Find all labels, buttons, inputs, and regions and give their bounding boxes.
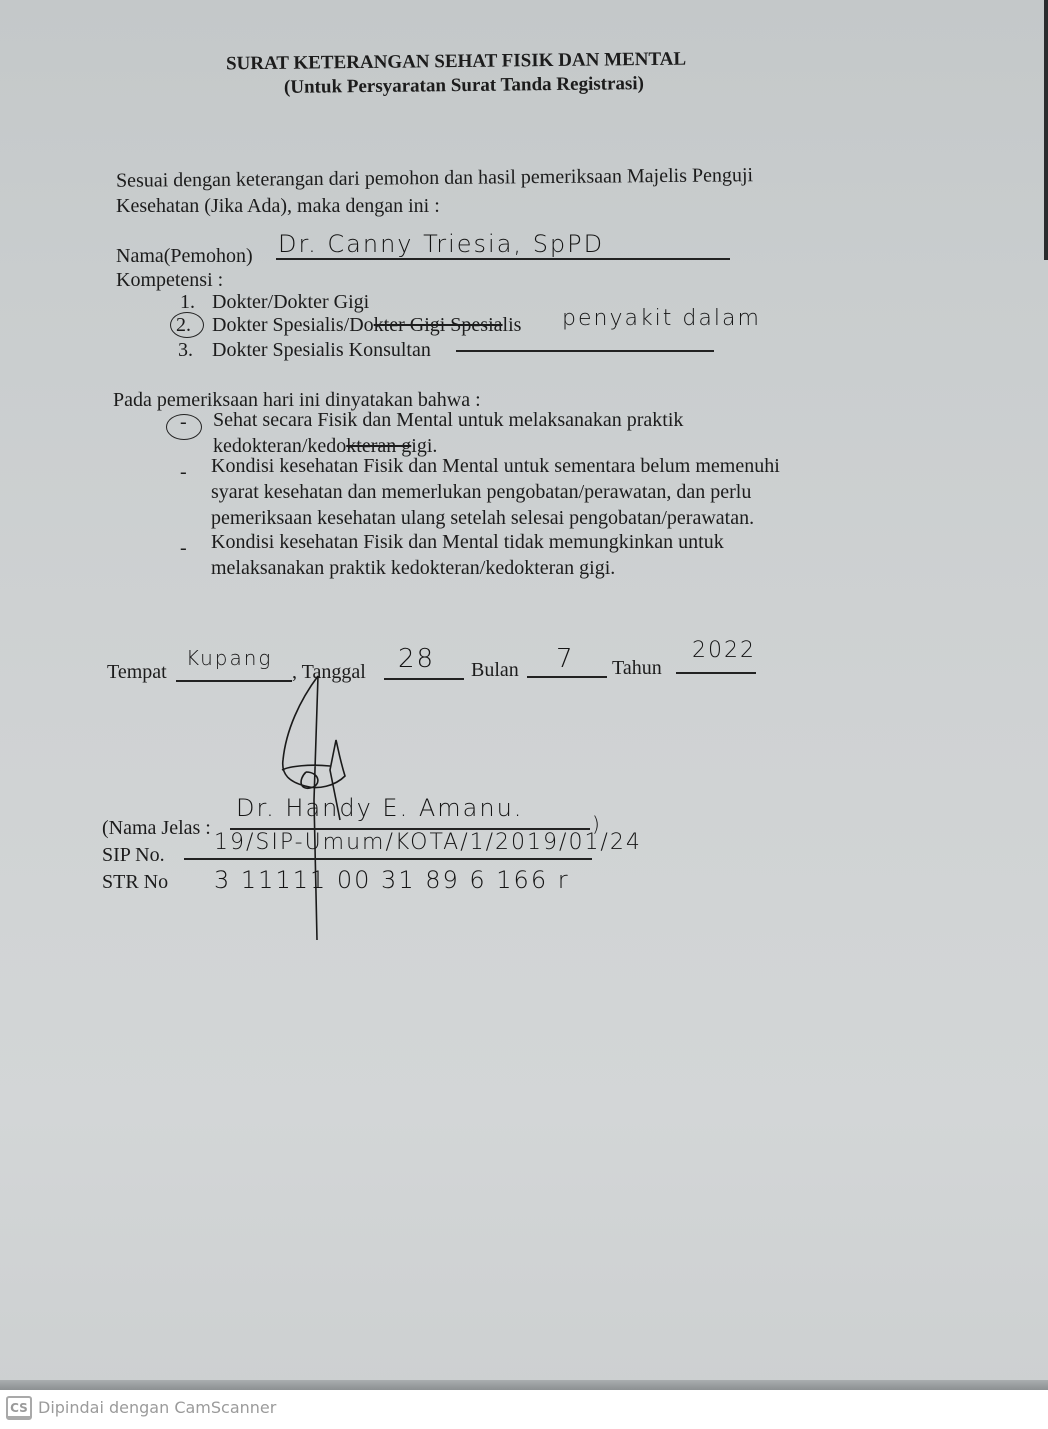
- signer-name-label: (Nama Jelas :: [102, 816, 211, 840]
- sip-handwritten: 19/SIP-Umum/KOTA/1/2019/01/24: [214, 830, 642, 855]
- sip-label: SIP No.: [102, 843, 165, 867]
- paper-bottom-edge: [0, 1380, 1048, 1390]
- camscanner-text: Dipindai dengan CamScanner: [38, 1398, 276, 1417]
- signer-name-handwritten: Dr. Handy E. Amanu.: [236, 794, 523, 822]
- scanner-watermark: CS Dipindai dengan CamScanner: [0, 1390, 1048, 1429]
- scanned-paper: SURAT KETERANGAN SEHAT FISIK DAN MENTAL …: [0, 0, 1048, 1390]
- signature-scribble: [0, 0, 1048, 1390]
- camscanner-logo-icon: CS: [6, 1396, 32, 1420]
- str-handwritten: 3 11111 00 31 89 6 166 r: [214, 866, 570, 894]
- sip-underline: [184, 858, 592, 860]
- str-label: STR No: [102, 870, 168, 894]
